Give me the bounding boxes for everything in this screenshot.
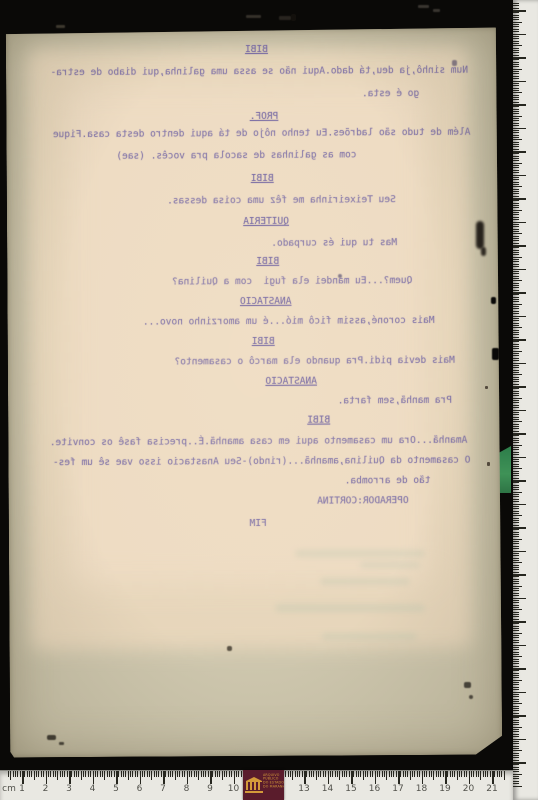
- ruler-tick: [513, 487, 519, 488]
- ruler-tick: [513, 656, 522, 657]
- ruler-tick: [513, 113, 519, 114]
- ruler-tick: [513, 160, 519, 161]
- ruler-tick: [17, 771, 18, 777]
- ruler-tick: [487, 771, 488, 777]
- ruler-tick: [513, 243, 519, 244]
- ruler-tick: [513, 640, 519, 641]
- horizontal-ruler-label: 16: [365, 784, 385, 794]
- ruler-tick: [513, 189, 519, 190]
- ruler-tick: [513, 299, 519, 300]
- ruler-tick: [389, 771, 390, 777]
- ruler-tick: [306, 771, 307, 777]
- horizontal-ruler-label: 3: [59, 784, 79, 794]
- ruler-tick: [130, 771, 131, 777]
- ruler-tick: [513, 132, 519, 133]
- ruler-tick: [478, 771, 479, 777]
- ruler-tick: [393, 771, 394, 777]
- ruler-tick: [513, 31, 519, 32]
- ruler-tick: [513, 393, 519, 394]
- ruler-tick: [302, 771, 303, 777]
- ruler-tick: [121, 771, 122, 777]
- ruler-tick: [391, 771, 392, 777]
- ruler-tick: [97, 771, 98, 777]
- ruler-tick: [513, 771, 519, 772]
- ruler-tick: [325, 771, 326, 777]
- ruler-tick: [513, 287, 519, 288]
- ruler-tick: [187, 771, 189, 784]
- ruler-tick: [513, 59, 519, 60]
- ruler-tick: [440, 771, 441, 777]
- ruler-tick: [351, 771, 353, 784]
- ghost-text-smudge: [320, 578, 410, 585]
- ruler-tick: [513, 398, 522, 399]
- ruler-tick: [337, 771, 338, 777]
- ruler-tick: [513, 332, 519, 333]
- ruler-tick: [226, 771, 227, 777]
- ruler-tick: [513, 736, 519, 737]
- ruler-tick: [513, 783, 519, 784]
- ruler-tick: [513, 17, 519, 18]
- vertical-cm-ruler: cm 3332313029282726252423222120191817161…: [513, 0, 538, 800]
- ink-speck: [418, 5, 429, 8]
- ruler-tick: [513, 186, 522, 187]
- ruler-tick: [513, 34, 526, 36]
- ruler-tick: [382, 771, 383, 777]
- ruler-tick: [513, 109, 519, 110]
- ruler-tick: [513, 290, 519, 291]
- ruler-tick: [513, 111, 519, 112]
- ruler-tick: [513, 525, 519, 526]
- ruler-tick: [358, 771, 359, 777]
- ruler-tick: [111, 771, 112, 777]
- ruler-tick: [118, 771, 119, 777]
- ruler-tick: [513, 320, 519, 321]
- ruler-tick: [513, 203, 519, 204]
- ruler-tick: [22, 771, 24, 784]
- ruler-tick: [513, 344, 519, 345]
- horizontal-ruler-label: 15: [341, 784, 361, 794]
- ruler-tick: [431, 771, 432, 777]
- ruler-tick: [513, 38, 519, 39]
- ruler-tick: [513, 668, 526, 670]
- ruler-tick: [224, 771, 225, 777]
- ruler-tick: [513, 323, 519, 324]
- ruler-tick: [513, 212, 519, 213]
- ruler-tick: [513, 85, 519, 86]
- ruler-tick: [513, 645, 526, 647]
- ruler-tick: [513, 412, 519, 413]
- ink-speck: [227, 646, 232, 651]
- ruler-tick: [513, 428, 519, 429]
- ruler-tick: [196, 771, 197, 777]
- ruler-tick: [469, 771, 471, 784]
- ruler-tick: [513, 595, 519, 596]
- horizontal-ruler-label: 18: [412, 784, 432, 794]
- ink-speck: [338, 274, 342, 278]
- ruler-tick: [339, 771, 340, 780]
- ruler-tick: [513, 555, 519, 556]
- ink-speck: [469, 695, 473, 699]
- ruler-tick: [109, 771, 110, 777]
- ruler-tick: [513, 308, 519, 309]
- ruler-tick: [513, 567, 519, 568]
- ruler-tick: [513, 494, 519, 495]
- ruler-tick: [464, 771, 465, 777]
- ruler-tick: [513, 410, 526, 412]
- ruler-tick: [513, 294, 519, 295]
- ruler-tick: [513, 659, 519, 660]
- ruler-tick: [219, 771, 220, 777]
- ruler-tick: [290, 771, 291, 777]
- ruler-tick: [377, 771, 378, 777]
- ruler-tick: [513, 41, 519, 42]
- ruler-tick: [513, 66, 519, 67]
- ruler-tick: [367, 771, 368, 777]
- ruler-tick: [398, 771, 400, 784]
- ruler-tick: [412, 771, 413, 777]
- ruler-tick: [513, 750, 522, 751]
- ruler-tick: [102, 771, 103, 777]
- ruler-tick: [513, 43, 519, 44]
- ruler-tick: [513, 682, 519, 683]
- ruler-tick: [513, 551, 526, 553]
- ruler-tick: [147, 771, 148, 777]
- ruler-tick: [513, 699, 519, 700]
- ruler-tick: [217, 771, 218, 777]
- ruler-tick: [297, 771, 298, 777]
- ruler-tick: [513, 449, 519, 450]
- ruler-tick: [88, 771, 89, 777]
- ruler-tick: [513, 10, 526, 12]
- ruler-tick: [83, 771, 84, 777]
- ruler-tick: [513, 675, 519, 676]
- ruler-tick: [513, 628, 519, 629]
- ruler-tick: [513, 527, 526, 529]
- ruler-tick: [513, 663, 519, 664]
- ruler-tick: [513, 191, 519, 192]
- ruler-tick: [513, 318, 519, 319]
- horizontal-ruler-label: 9: [200, 784, 220, 794]
- ruler-tick: [365, 771, 366, 777]
- ruler-tick: [384, 771, 385, 777]
- ruler-tick: [513, 574, 526, 576]
- ruler-tick: [328, 771, 330, 784]
- ruler-tick: [513, 193, 519, 194]
- ruler-tick: [144, 771, 145, 777]
- ruler-tick: [370, 771, 371, 777]
- horizontal-ruler-label: 5: [106, 784, 126, 794]
- ghost-text-smudge: [360, 562, 420, 568]
- ruler-tick: [513, 276, 519, 277]
- ruler-tick: [349, 771, 350, 777]
- ruler-tick: [285, 771, 286, 777]
- ruler-tick: [513, 76, 519, 77]
- ruler-tick: [90, 771, 91, 777]
- ruler-tick: [513, 710, 519, 711]
- ink-speck: [246, 15, 261, 18]
- ruler-tick: [513, 546, 519, 547]
- ruler-tick: [513, 515, 522, 516]
- ruler-tick: [513, 95, 519, 96]
- ruler-tick: [513, 459, 519, 460]
- ruler-tick: [201, 771, 202, 777]
- ruler-tick: [320, 771, 321, 777]
- ruler-tick: [513, 588, 519, 589]
- ruler-tick: [513, 607, 519, 608]
- ruler-tick: [483, 771, 484, 777]
- ruler-tick: [513, 609, 522, 610]
- ruler-tick: [513, 518, 519, 519]
- ink-speck: [433, 9, 440, 12]
- ruler-tick: [513, 316, 526, 318]
- ruler-tick: [513, 769, 519, 770]
- horizontal-ruler-label: 8: [177, 784, 197, 794]
- ruler-tick: [50, 771, 51, 777]
- ink-speck: [452, 60, 457, 66]
- ruler-tick: [513, 727, 522, 728]
- ruler-tick: [513, 475, 519, 476]
- ruler-tick: [513, 708, 519, 709]
- ruler-tick: [513, 26, 519, 27]
- ruler-tick: [309, 771, 310, 777]
- ruler-tick: [513, 261, 519, 262]
- ruler-tick: [142, 771, 143, 777]
- ruler-tick: [513, 337, 519, 338]
- ruler-tick: [513, 149, 519, 150]
- horizontal-ruler-label: 21: [482, 784, 502, 794]
- ghost-text-smudge: [275, 604, 425, 612]
- ruler-tick: [513, 388, 519, 389]
- ruler-tick: [34, 771, 35, 780]
- ruler-tick: [513, 264, 519, 265]
- ruler-tick: [107, 771, 108, 777]
- ruler-tick: [513, 569, 519, 570]
- ruler-tick: [513, 786, 522, 788]
- ruler-tick: [513, 534, 519, 535]
- ruler-tick: [513, 142, 519, 143]
- horizontal-ruler-label: 10: [224, 784, 244, 794]
- ruler-tick: [513, 351, 522, 352]
- ruler-tick: [513, 666, 519, 667]
- archive-stamp-textbox: ARQUIVOPÚBLICODO ESTADODO MARANHÃO: [263, 773, 284, 797]
- ruler-tick: [513, 445, 522, 446]
- ruler-tick: [513, 506, 519, 507]
- ruler-tick: [513, 226, 519, 227]
- ruler-tick: [172, 771, 173, 777]
- ruler-tick: [513, 104, 526, 106]
- ruler-tick: [494, 771, 495, 777]
- ruler-tick: [454, 771, 455, 777]
- ruler-tick: [125, 771, 126, 777]
- ruler-tick: [485, 771, 486, 777]
- ruler-tick: [513, 661, 519, 662]
- ruler-tick: [513, 144, 519, 145]
- ruler-tick: [513, 438, 519, 439]
- ruler-tick: [513, 583, 519, 584]
- ruler-tick: [215, 771, 216, 777]
- ruler-tick: [513, 511, 519, 512]
- ruler-tick: [513, 499, 519, 500]
- ruler-tick: [513, 163, 522, 164]
- ruler-tick: [295, 771, 296, 777]
- ruler-tick: [513, 485, 519, 486]
- ruler-tick: [53, 771, 54, 777]
- ruler-tick: [513, 64, 519, 65]
- ruler-tick: [74, 771, 75, 777]
- ruler-tick: [513, 781, 519, 782]
- ink-speck: [47, 735, 56, 740]
- ruler-tick: [513, 139, 522, 140]
- ruler-tick: [513, 593, 519, 594]
- ruler-tick: [513, 471, 519, 472]
- ruler-tick: [513, 236, 519, 237]
- ruler-tick: [490, 771, 491, 777]
- ruler-tick: [330, 771, 331, 777]
- ruler-tick: [513, 684, 519, 685]
- ruler-tick: [60, 771, 61, 777]
- ruler-tick: [513, 52, 519, 53]
- ruler-tick: [85, 771, 86, 777]
- ruler-tick: [375, 771, 377, 784]
- ruler-tick: [513, 539, 522, 540]
- ruler-tick: [513, 440, 519, 441]
- ruler-tick: [513, 673, 519, 674]
- ruler-tick: [513, 273, 519, 274]
- ruler-tick: [513, 156, 519, 157]
- ruler-tick: [513, 590, 519, 591]
- ruler-tick: [513, 266, 519, 267]
- ruler-tick: [46, 771, 48, 784]
- ruler-tick: [100, 771, 101, 777]
- archive-stamp-text-line: DO MARANHÃO: [263, 785, 275, 789]
- ruler-tick: [513, 269, 526, 271]
- ruler-tick: [513, 553, 519, 554]
- ruler-tick: [513, 529, 519, 530]
- ruler-tick: [513, 626, 519, 627]
- ruler-tick: [400, 771, 401, 777]
- ruler-tick: [513, 271, 519, 272]
- ruler-tick: [513, 520, 519, 521]
- ruler-tick: [513, 576, 519, 577]
- ruler-tick: [513, 558, 519, 559]
- ruler-tick: [513, 536, 519, 537]
- ruler-tick: [513, 407, 519, 408]
- ruler-tick: [513, 292, 526, 294]
- ruler-tick: [179, 771, 180, 777]
- ruler-tick: [513, 464, 519, 465]
- ruler-tick: [513, 649, 519, 650]
- ruler-tick: [419, 771, 420, 777]
- ruler-tick: [513, 358, 519, 359]
- ruler-tick: [480, 771, 481, 780]
- ruler-tick: [513, 81, 526, 83]
- ruler-tick: [344, 771, 345, 777]
- ruler-tick: [513, 776, 519, 777]
- ruler-tick: [93, 771, 95, 784]
- ruler-tick: [513, 247, 519, 248]
- ruler-tick: [27, 771, 28, 777]
- ruler-tick: [513, 619, 519, 620]
- ruler-tick: [513, 198, 526, 200]
- ruler-tick: [513, 224, 519, 225]
- ruler-tick: [513, 468, 522, 469]
- ruler-tick: [238, 771, 239, 777]
- ruler-tick: [513, 572, 519, 573]
- ruler-tick: [205, 771, 206, 777]
- ruler-tick: [513, 334, 519, 335]
- ruler-tick: [513, 36, 519, 37]
- ruler-tick: [154, 771, 155, 777]
- ruler-tick: [513, 175, 526, 177]
- ruler-tick: [513, 304, 522, 305]
- ink-speck: [59, 742, 64, 745]
- ruler-tick: [513, 123, 519, 124]
- ruler-tick: [210, 771, 212, 784]
- ruler-tick: [513, 377, 519, 378]
- ruler-tick: [513, 496, 519, 497]
- ruler-tick: [457, 771, 458, 780]
- ink-speck: [485, 386, 488, 389]
- ruler-tick: [513, 8, 519, 9]
- ruler-tick: [513, 562, 522, 563]
- ruler-tick: [410, 771, 411, 780]
- horizontal-ruler-label: 19: [435, 784, 455, 794]
- ruler-tick: [137, 771, 138, 777]
- ruler-tick: [513, 746, 519, 747]
- ruler-tick: [513, 504, 526, 506]
- ruler-tick: [513, 642, 519, 643]
- ruler-tick: [313, 771, 314, 777]
- ruler-tick: [445, 771, 447, 784]
- ruler-tick: [231, 771, 232, 777]
- ruler-tick: [184, 771, 185, 777]
- ruler-tick: [513, 99, 519, 100]
- ruler-tick: [95, 771, 96, 777]
- ruler-tick: [513, 548, 519, 549]
- scanned-document-page: BIBINum sinhô,ja deu,tá dado.Aqui não se…: [0, 0, 538, 800]
- ruler-tick: [513, 297, 519, 298]
- ruler-tick: [513, 24, 519, 25]
- ruler-tick: [13, 771, 14, 777]
- ruler-tick: [513, 647, 519, 648]
- ruler-tick: [379, 771, 380, 777]
- ruler-tick: [114, 771, 115, 777]
- ruler-tick: [104, 771, 105, 780]
- ruler-tick: [236, 771, 237, 777]
- ruler-tick: [316, 771, 317, 780]
- ruler-tick: [513, 313, 519, 314]
- ruler-tick: [158, 771, 159, 777]
- ruler-tick: [513, 767, 519, 768]
- ruler-tick: [8, 771, 9, 777]
- ruler-tick: [513, 433, 526, 435]
- ruler-tick: [311, 771, 312, 777]
- ruler-tick: [513, 196, 519, 197]
- ruler-tick: [513, 442, 519, 443]
- ruler-tick: [123, 771, 124, 777]
- ruler-tick: [436, 771, 437, 777]
- ruler-tick: [513, 210, 522, 211]
- ruler-tick: [24, 771, 25, 777]
- ruler-tick: [405, 771, 406, 777]
- ruler-tick: [513, 55, 519, 56]
- horizontal-ruler-label: 20: [459, 784, 479, 794]
- ruler-tick: [513, 419, 519, 420]
- horizontal-ruler-label: 7: [153, 784, 173, 794]
- ruler-tick: [323, 771, 324, 777]
- ruler-tick: [513, 435, 519, 436]
- ruler-tick: [513, 454, 519, 455]
